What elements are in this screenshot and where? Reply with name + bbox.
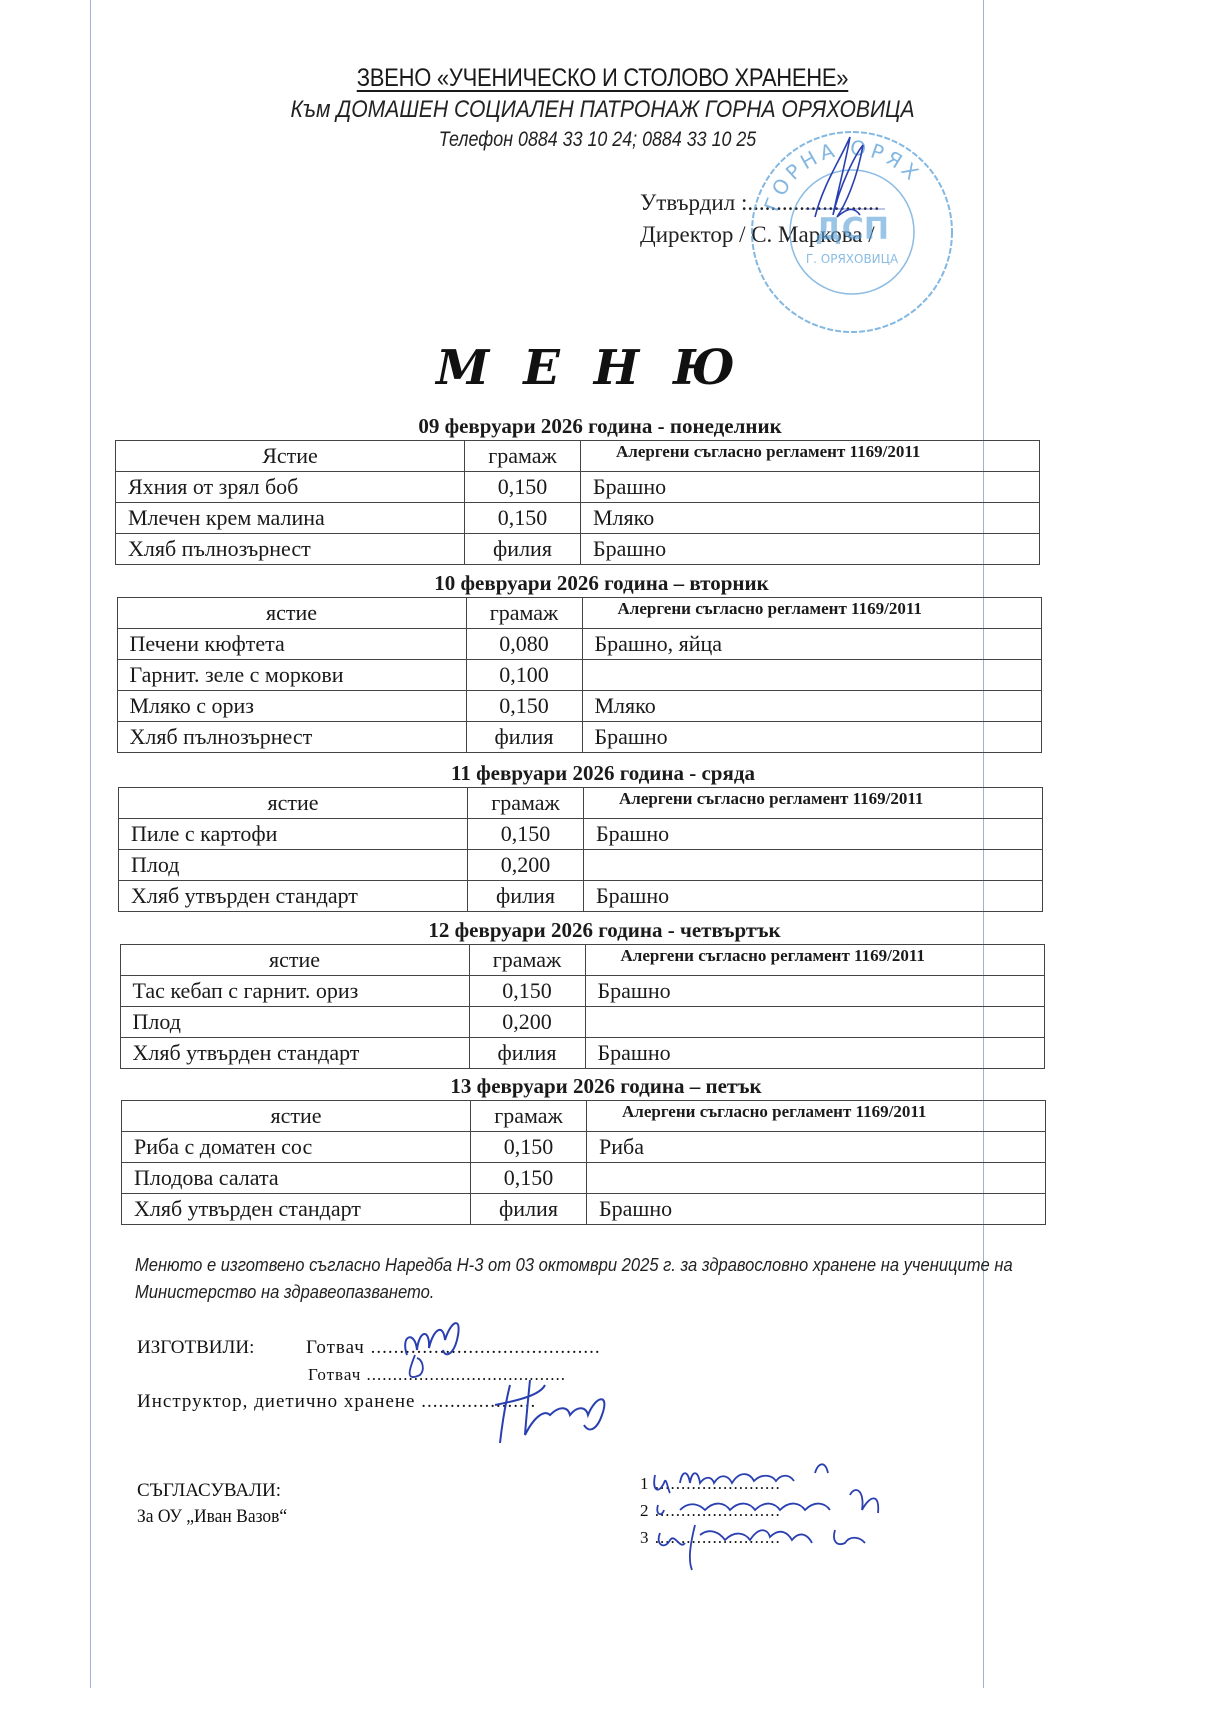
regulation-note: Менюто е изготвено съгласно Наредба Н-3 … xyxy=(135,1252,1018,1306)
menu-day-2: 10 февруари 2026 година – вторникястиегр… xyxy=(117,570,1047,753)
day-title: 09 февруари 2026 година - понеделник xyxy=(115,413,1045,440)
day-title: 10 февруари 2026 година – вторник xyxy=(117,570,1047,597)
column-header-grams: грамаж xyxy=(471,1101,587,1132)
column-header-dish: ястие xyxy=(117,598,466,629)
dish-name: Хляб утвърден стандарт xyxy=(119,881,468,912)
table-row: Печени кюфтета0,080Брашно, яйца xyxy=(117,629,1041,660)
table-row: Гарнит. зеле с моркови0,100 xyxy=(117,660,1041,691)
dish-allergens: Брашно xyxy=(585,976,1044,1007)
dish-allergens xyxy=(585,1007,1044,1038)
dish-amount: 0,150 xyxy=(471,1163,587,1194)
dish-name: Хляб утвърден стандарт xyxy=(122,1194,471,1225)
scan-margin-line-left xyxy=(90,0,91,1688)
menu-table: ястиеграмажАлергени съгласно регламент 1… xyxy=(118,787,1043,912)
day-title: 12 февруари 2026 година - четвъртък xyxy=(120,917,1050,944)
menu-day-3: 11 февруари 2026 година - срядаястиеграм… xyxy=(118,760,1048,912)
table-row: Хляб утвърден стандартфилияБрашно xyxy=(122,1194,1046,1225)
menu-day-1: 09 февруари 2026 година - понеделникЯсти… xyxy=(115,413,1045,565)
menu-table: ЯстиеграмажАлергени съгласно регламент 1… xyxy=(115,440,1040,565)
dish-name: Тас кебап с гарнит. ориз xyxy=(120,976,469,1007)
column-header-grams: грамаж xyxy=(469,945,585,976)
dish-name: Гарнит. зеле с моркови xyxy=(117,660,466,691)
dish-name: Млечен крем малина xyxy=(116,503,465,534)
dish-allergens: Брашно, яйца xyxy=(582,629,1041,660)
organization-title-text: ЗВЕНО «УЧЕНИЧЕСКО И СТОЛОВО ХРАНЕНЕ» xyxy=(357,64,849,92)
dish-amount: филия xyxy=(468,881,584,912)
dish-amount: 0,150 xyxy=(469,976,585,1007)
table-row: Тас кебап с гарнит. ориз0,150Брашно xyxy=(120,976,1044,1007)
table-row: Плод0,200 xyxy=(120,1007,1044,1038)
agreed-signatures-icon xyxy=(650,1455,990,1575)
table-row: Плод0,200 xyxy=(119,850,1043,881)
dish-amount: филия xyxy=(471,1194,587,1225)
instructor-signature-line: Инструктор, диетично хранене ...........… xyxy=(137,1391,536,1413)
column-header-grams: грамаж xyxy=(468,788,584,819)
official-stamp-icon: ГОРНА ОРЯХ ДСП Г. ОРЯХОВИЦА xyxy=(745,125,960,340)
dish-name: Яхния от зрял боб xyxy=(116,472,465,503)
dish-name: Пиле с картофи xyxy=(119,819,468,850)
dish-amount: филия xyxy=(465,534,581,565)
dish-name: Хляб утвърден стандарт xyxy=(120,1038,469,1069)
dish-allergens: Брашно xyxy=(581,534,1040,565)
table-row: Хляб пълнозърнестфилияБрашно xyxy=(117,722,1041,753)
dish-allergens: Брашно xyxy=(587,1194,1046,1225)
cook-signature-icon xyxy=(385,1310,505,1390)
table-header-row: ястиеграмажАлергени съгласно регламент 1… xyxy=(120,945,1044,976)
dish-amount: 0,080 xyxy=(466,629,582,660)
table-row: Плодова салата0,150 xyxy=(122,1163,1046,1194)
dish-name: Печени кюфтета xyxy=(117,629,466,660)
column-header-allergens: Алергени съгласно регламент 1169/2011 xyxy=(585,945,1044,976)
table-header-row: ястиеграмажАлергени съгласно регламент 1… xyxy=(117,598,1041,629)
table-row: Млечен крем малина0,150Мляко xyxy=(116,503,1040,534)
dish-amount: 0,150 xyxy=(471,1132,587,1163)
column-header-grams: грамаж xyxy=(465,441,581,472)
dish-allergens: Мляко xyxy=(582,691,1041,722)
column-header-dish: ястие xyxy=(120,945,469,976)
dish-amount: 0,100 xyxy=(466,660,582,691)
dish-name: Мляко с ориз xyxy=(117,691,466,722)
menu-day-5: 13 февруари 2026 година – петъкястиеграм… xyxy=(121,1073,1051,1225)
dish-amount: 0,150 xyxy=(465,503,581,534)
column-header-allergens: Алергени съгласно регламент 1169/2011 xyxy=(587,1101,1046,1132)
dish-allergens: Брашно xyxy=(582,722,1041,753)
table-row: Хляб утвърден стандартфилияБрашно xyxy=(120,1038,1044,1069)
dish-allergens: Брашно xyxy=(581,472,1040,503)
column-header-dish: Ястие xyxy=(116,441,465,472)
dish-name: Плод xyxy=(120,1007,469,1038)
school-name: За ОУ „Иван Вазов“ xyxy=(137,1506,287,1528)
menu-table: ястиеграмажАлергени съгласно регламент 1… xyxy=(117,597,1042,753)
column-header-allergens: Алергени съгласно регламент 1169/2011 xyxy=(584,788,1043,819)
dish-allergens: Брашно xyxy=(584,819,1043,850)
dish-name: Плод xyxy=(119,850,468,881)
table-row: Риба с доматен сос0,150Риба xyxy=(122,1132,1046,1163)
dish-allergens xyxy=(584,850,1043,881)
table-header-row: ястиеграмажАлергени съгласно регламент 1… xyxy=(122,1101,1046,1132)
day-title: 13 февруари 2026 година – петък xyxy=(121,1073,1051,1100)
dish-allergens: Риба xyxy=(587,1132,1046,1163)
table-header-row: ЯстиеграмажАлергени съгласно регламент 1… xyxy=(116,441,1040,472)
svg-text:ДСП: ДСП xyxy=(815,212,889,247)
dish-amount: филия xyxy=(466,722,582,753)
table-row: Пиле с картофи0,150Брашно xyxy=(119,819,1043,850)
dish-amount: филия xyxy=(469,1038,585,1069)
agreed-by-label: СЪГЛАСУВАЛИ: xyxy=(137,1480,281,1502)
dish-allergens xyxy=(582,660,1041,691)
dish-amount: 0,200 xyxy=(469,1007,585,1038)
dish-allergens: Брашно xyxy=(585,1038,1044,1069)
menu-table: ястиеграмажАлергени съгласно регламент 1… xyxy=(120,944,1045,1069)
menu-table: ястиеграмажАлергени съгласно регламент 1… xyxy=(121,1100,1046,1225)
dish-allergens: Брашно xyxy=(584,881,1043,912)
dish-amount: 0,150 xyxy=(466,691,582,722)
svg-text:Г. ОРЯХОВИЦА: Г. ОРЯХОВИЦА xyxy=(806,252,899,266)
day-title: 11 февруари 2026 година - сряда xyxy=(118,760,1048,787)
dish-amount: 0,150 xyxy=(465,472,581,503)
menu-day-4: 12 февруари 2026 година - четвъртъкястие… xyxy=(120,917,1050,1069)
instructor-signature-icon xyxy=(490,1365,620,1445)
dish-amount: 0,150 xyxy=(468,819,584,850)
table-row: Хляб утвърден стандартфилияБрашно xyxy=(119,881,1043,912)
dish-name: Плодова салата xyxy=(122,1163,471,1194)
column-header-dish: ястие xyxy=(119,788,468,819)
table-row: Хляб пълнозърнестфилияБрашно xyxy=(116,534,1040,565)
table-row: Мляко с ориз0,150Мляко xyxy=(117,691,1041,722)
dish-name: Хляб пълнозърнест xyxy=(116,534,465,565)
dish-amount: 0,200 xyxy=(468,850,584,881)
prepared-by-label: ИЗГОТВИЛИ: xyxy=(137,1337,254,1359)
column-header-grams: грамаж xyxy=(466,598,582,629)
organization-subtitle: Към ДОМАШЕН СОЦИАЛЕН ПАТРОНАЖ ГОРНА ОРЯХ… xyxy=(72,96,1132,124)
dish-allergens xyxy=(587,1163,1046,1194)
column-header-allergens: Алергени съгласно регламент 1169/2011 xyxy=(582,598,1041,629)
dish-allergens: Мляко xyxy=(581,503,1040,534)
column-header-allergens: Алергени съгласно регламент 1169/2011 xyxy=(581,441,1040,472)
organization-title: ЗВЕНО «УЧЕНИЧЕСКО И СТОЛОВО ХРАНЕНЕ» xyxy=(72,64,1132,93)
dish-name: Хляб пълнозърнест xyxy=(117,722,466,753)
table-row: Яхния от зрял боб0,150Брашно xyxy=(116,472,1040,503)
column-header-dish: ястие xyxy=(122,1101,471,1132)
dish-name: Риба с доматен сос xyxy=(122,1132,471,1163)
table-header-row: ястиеграмажАлергени съгласно регламент 1… xyxy=(119,788,1043,819)
menu-title: МЕНЮ xyxy=(0,340,1205,396)
